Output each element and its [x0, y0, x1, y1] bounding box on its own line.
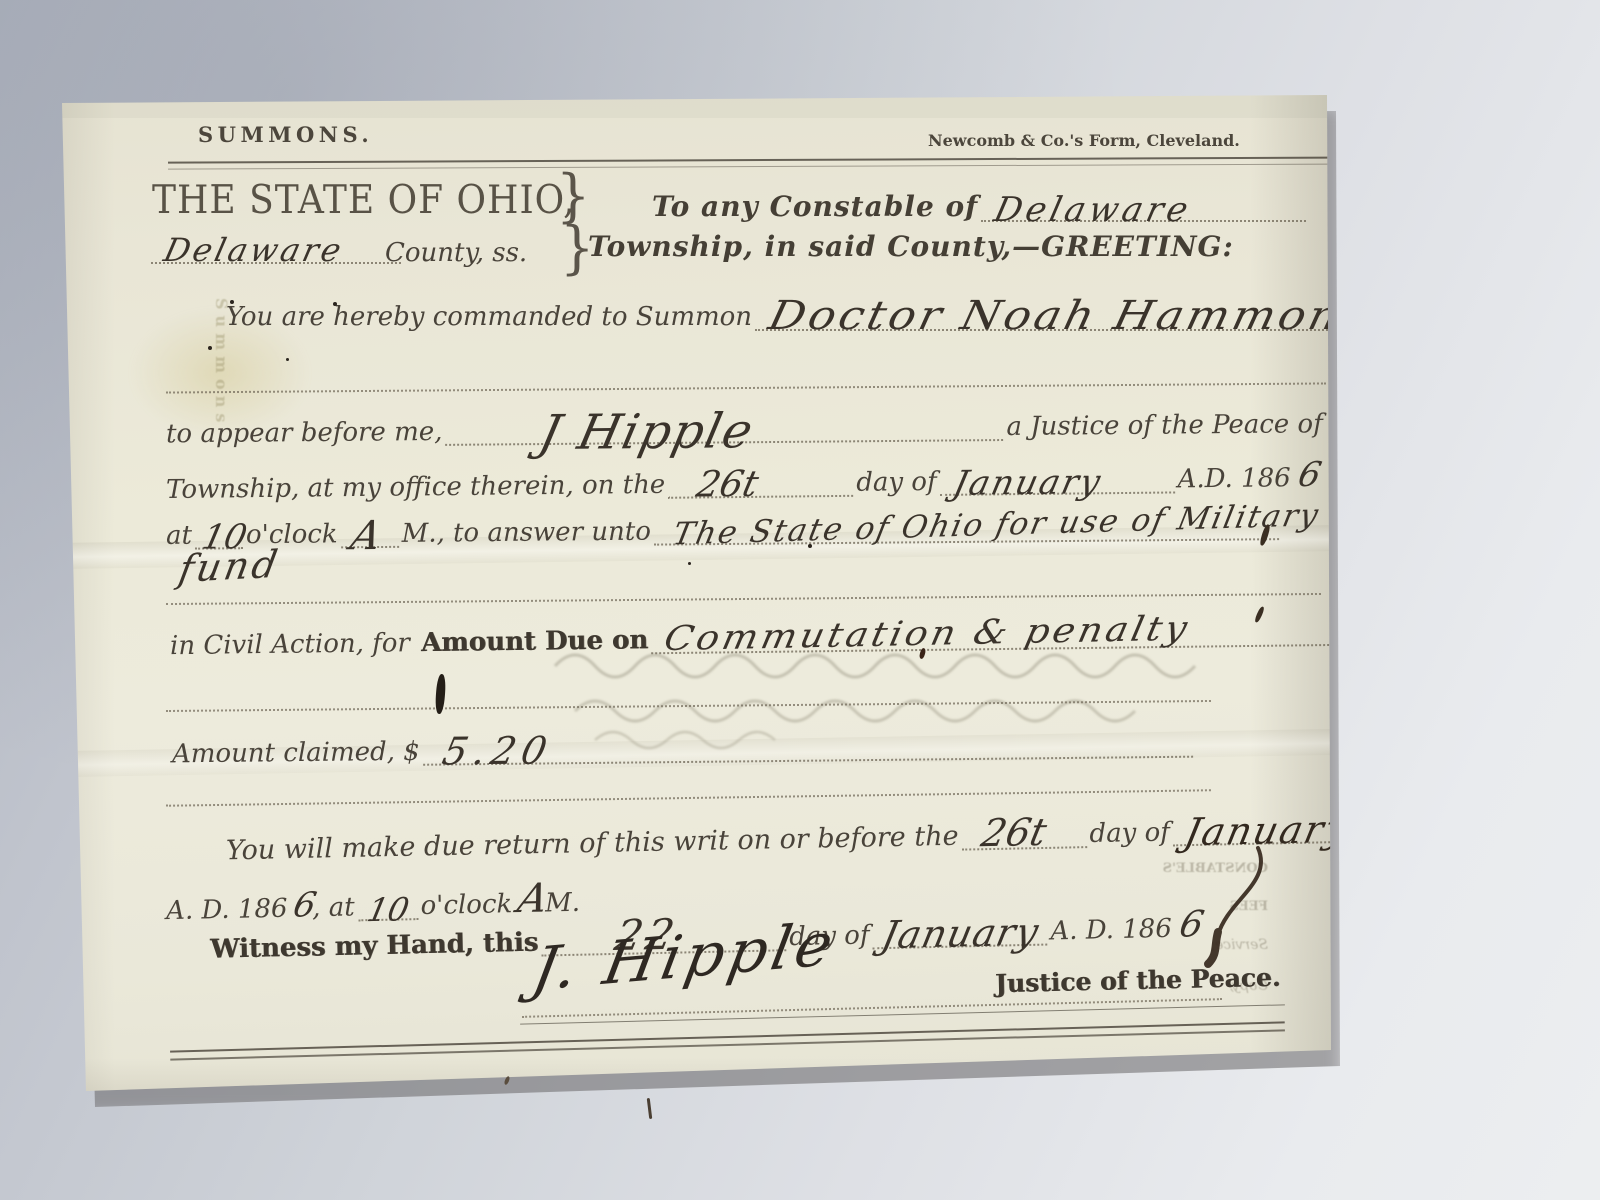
left-edge-shade [60, 88, 115, 1100]
appear-suffix-label: a Justice of the Peace of said [1006, 409, 1385, 442]
amount-value: 5.20 [439, 731, 556, 770]
return-day-of-label: day of [1089, 817, 1170, 849]
return-ad-label: A. D. 186 [166, 894, 288, 926]
blank-ruled-line-4 [166, 788, 1211, 807]
constable-township-value: Delaware [991, 193, 1195, 227]
ink-speck [808, 544, 812, 548]
year-value: 6 [1295, 458, 1324, 492]
constable-township-field: Delaware [981, 218, 1306, 222]
witness-ad-label: A. D. 186 [1050, 914, 1172, 947]
office-label: Township, at my office therein, on the [166, 470, 666, 505]
return-at-label: , at [312, 892, 355, 923]
cause-value: Commutation & penalty [661, 612, 1193, 657]
bottom-double-rule [170, 1021, 1285, 1060]
day-value: 26t [693, 467, 761, 504]
amount-claimed-label: Amount claimed, $ [172, 737, 420, 770]
blank-ruled-line-1 [166, 381, 1326, 393]
state-title: THE STATE OF OHIO, [152, 178, 576, 222]
month-field: January [940, 489, 1175, 495]
return-label: You will make due return of this writ on… [226, 821, 959, 867]
month-value: January [950, 465, 1105, 501]
ink-speck [286, 358, 289, 361]
defendant-value: Doctor Noah Hammond [765, 296, 1378, 336]
ink-speck [208, 346, 212, 350]
plaintiff-field: The State of Ohio for use of Military [654, 536, 1279, 545]
township-greeting-label: Township, in said County,—GREETING: [588, 230, 1234, 263]
photo-of-summons: { "form": { "header": { "doc_label": "SU… [0, 0, 1600, 1200]
civil-action-label: in Civil Action, for [170, 628, 410, 661]
plaintiff-value: The State of Ohio for use of Military [670, 500, 1322, 550]
amount-due-label: Amount Due on [421, 625, 649, 658]
publisher-label: Newcomb & Co.'s Form, Cleveland. [928, 131, 1240, 150]
header-rule [168, 156, 1378, 169]
county-field: Delaware [151, 260, 401, 264]
blank-ruled-line-2 [166, 592, 1321, 605]
return-hour-value: 10 [364, 893, 411, 926]
defendant-field: Doctor Noah Hammond [755, 327, 1355, 331]
return-hour-field: 10 [358, 916, 418, 921]
command-label: You are hereby commanded to Summon [226, 302, 752, 332]
to-constable-label: To any Constable of [652, 190, 978, 223]
summons-document: Summons CONSTABLE'S FEES Service, Copy, … [60, 88, 1335, 1100]
day-of-label: day of [856, 467, 937, 498]
witness-label: Witness my Hand, this [210, 928, 539, 965]
return-day-value: 26t [978, 813, 1050, 852]
meridiem-value: A [347, 516, 385, 556]
plaintiff-value-continued: fund [176, 545, 283, 588]
top-shade [60, 88, 1335, 118]
doc-type-label: SUMMONS. [198, 122, 373, 147]
answer-label: M., to answer unto [401, 517, 651, 549]
ink-speck [688, 562, 691, 565]
justice-name-value: J Hipple [536, 407, 760, 457]
ink-speck [230, 300, 234, 304]
meridiem-field: A [341, 544, 399, 549]
appear-label: to appear before me, [166, 417, 443, 449]
day-field: 26t [668, 493, 853, 499]
ink-speck [333, 302, 337, 306]
county-value: Delaware [161, 234, 347, 266]
witness-month-field: January [873, 942, 1048, 950]
justice-name-field: J Hipple [446, 437, 1004, 446]
stray-mark-dash [647, 1098, 653, 1119]
county-ss-label: County, ss. [385, 238, 527, 268]
amount-field: 5.20 [423, 754, 1193, 766]
return-day-field: 26t [962, 844, 1087, 851]
witness-month-value: January [879, 913, 1043, 955]
return-m-label: M. [545, 888, 580, 919]
ad-label: A.D. 186 [1177, 463, 1290, 494]
signature-dotted-line [522, 997, 1222, 1018]
return-oclock-label: o'clock [420, 889, 512, 921]
